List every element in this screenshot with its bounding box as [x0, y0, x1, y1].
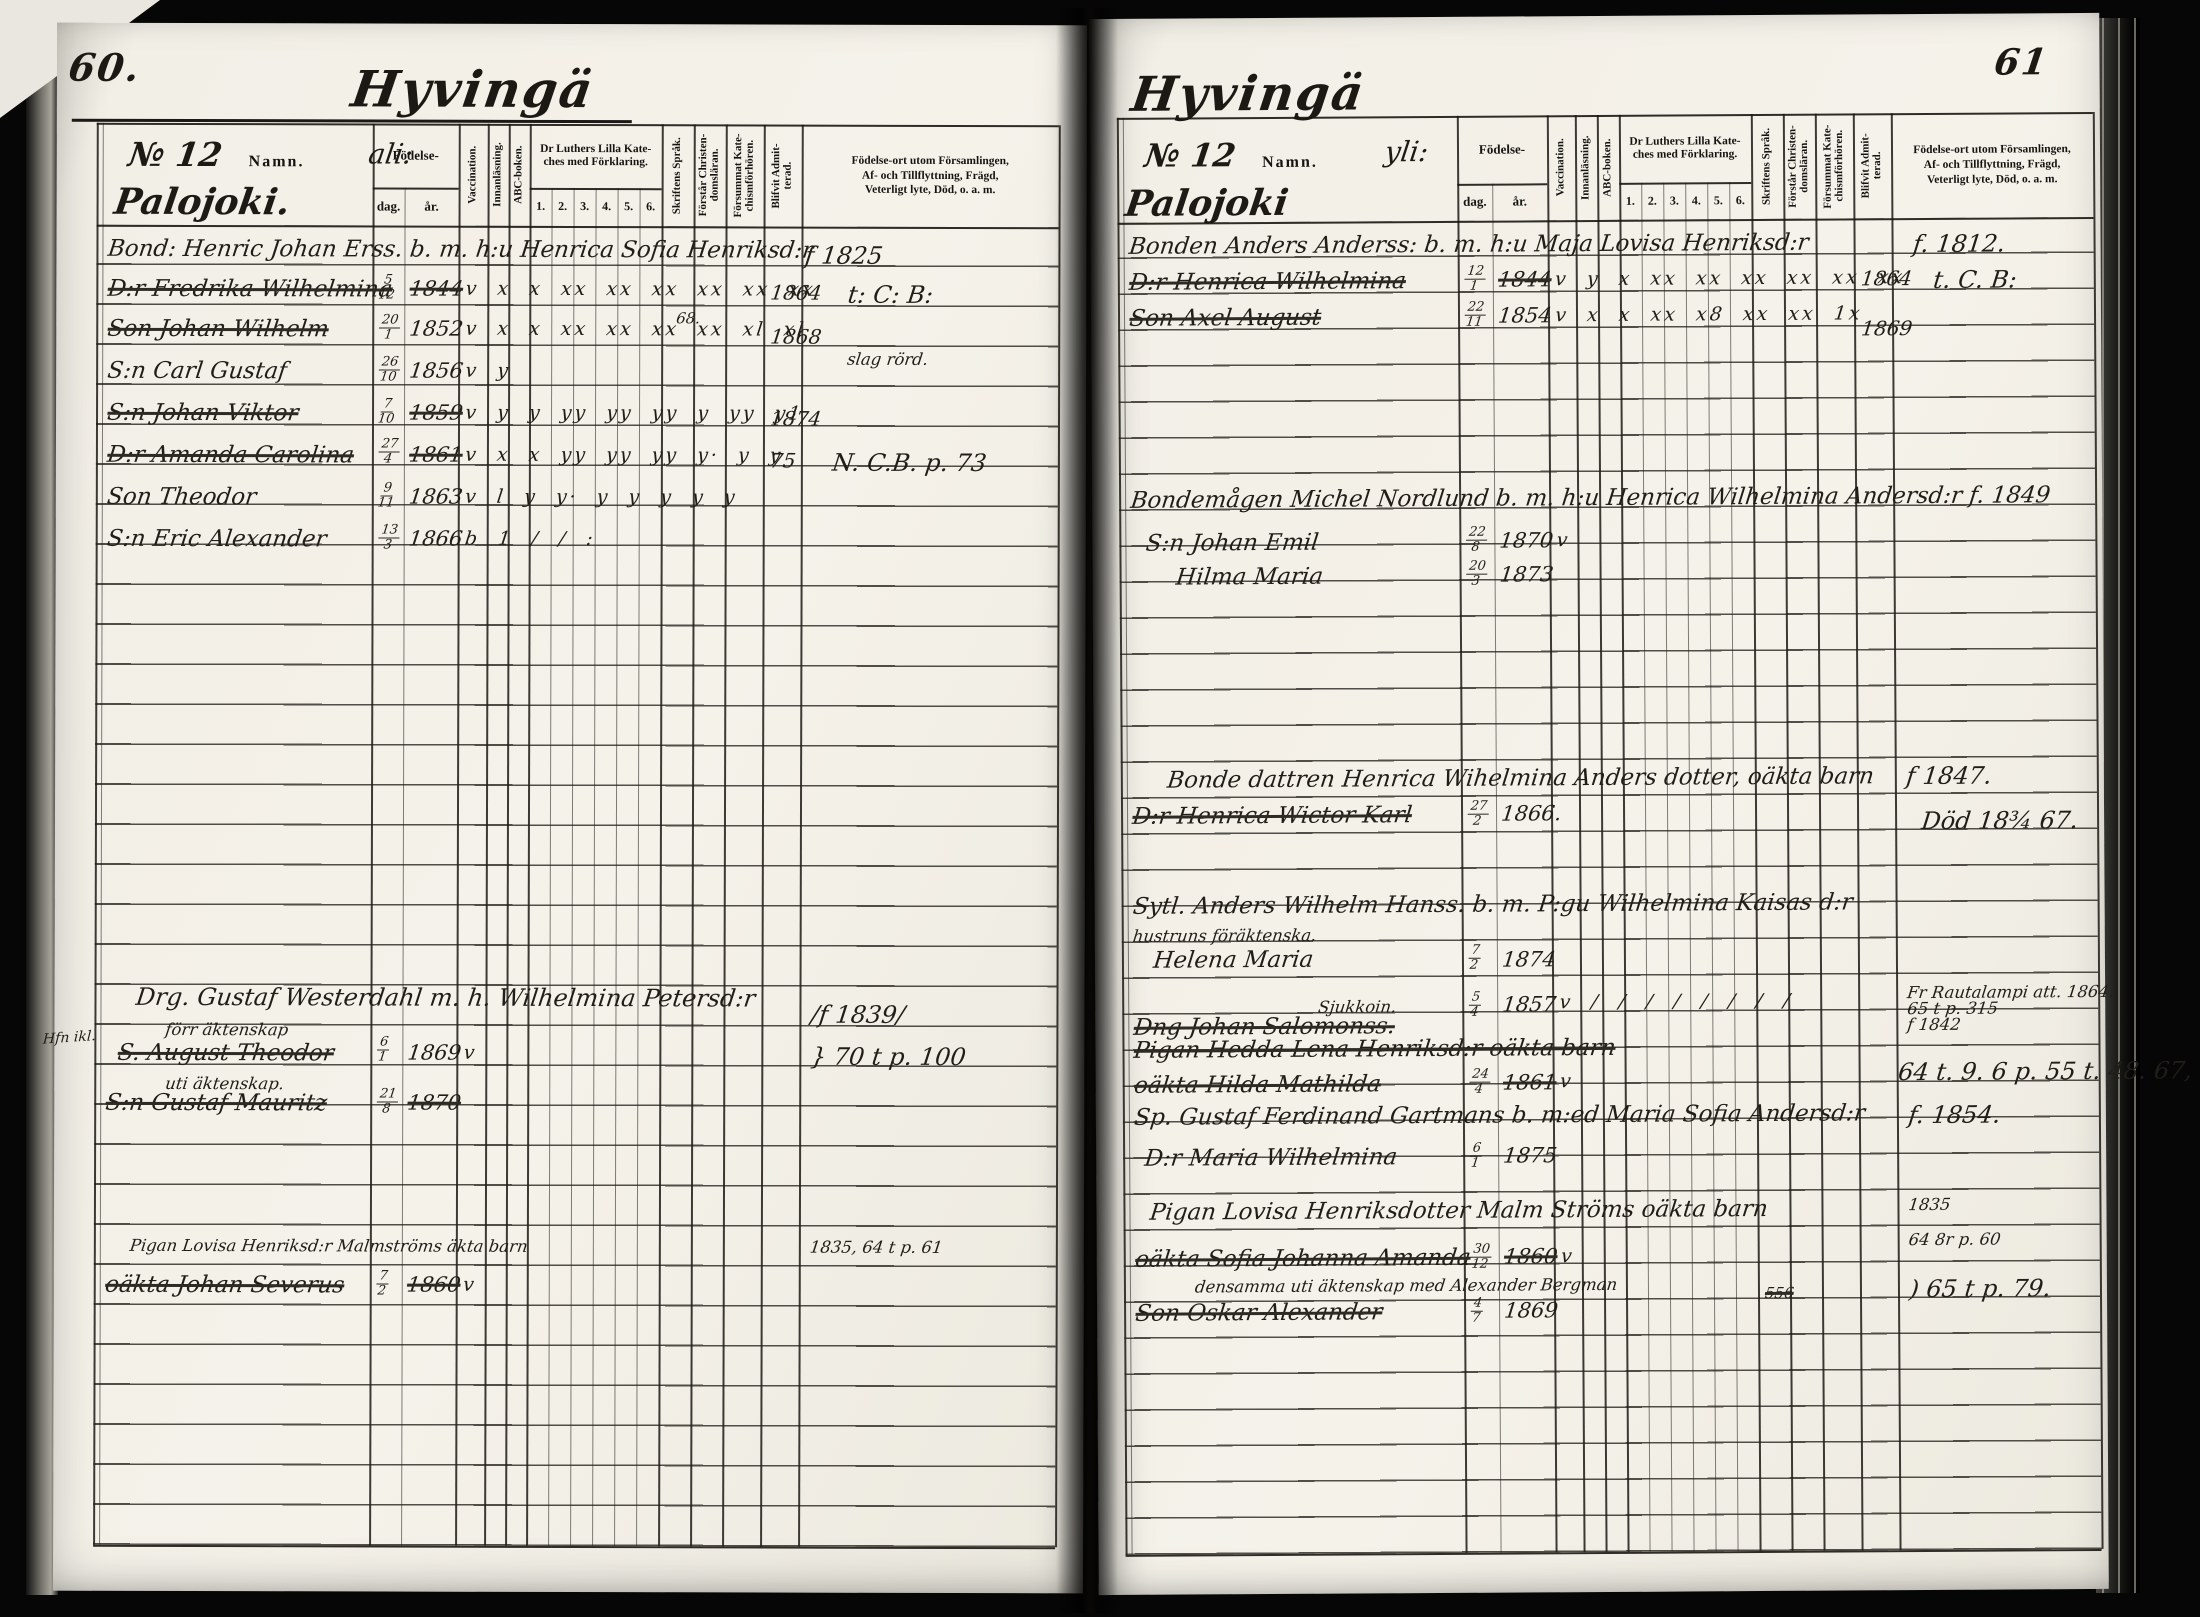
handwritten-entry: Bondemågen Michel Nordlund b. m. h:u Hen…	[1129, 483, 2051, 513]
handwritten-entry: 228	[1464, 526, 1488, 554]
column-header-birth-year: år.	[405, 188, 459, 226]
handwritten-entry: b 1 / / :	[464, 530, 597, 550]
handwritten-entry: f 1825	[803, 243, 884, 268]
handwritten-entry: v x x xx x8 xx xx 1x	[1554, 304, 1864, 326]
column-header-skriftens-sprak: Skriftens Språk.	[1751, 114, 1784, 219]
village-name: Palojoki	[1123, 182, 1291, 225]
column-header-birth-day: dag.	[1457, 184, 1492, 221]
handwritten-entry: 1875	[1502, 1145, 1558, 1167]
book-scan: 60. Hyvingä № 12 Namn. ali: Palojoki. Fö…	[0, 0, 2200, 1617]
handwritten-entry: 1860	[1503, 1245, 1559, 1267]
handwritten-entry: v x x xx xx xx xx xx xx	[464, 280, 817, 301]
column-header-kateches-4: 4.	[1685, 182, 1707, 219]
handwritten-entry: 203	[1465, 560, 1489, 588]
handwritten-entry: 1864	[1860, 268, 1913, 289]
handwritten-entry: 1861	[408, 444, 464, 466]
handwritten-entry: 133	[377, 524, 401, 552]
handwritten-entry: v	[462, 1044, 478, 1064]
handwritten-entry: S:n Gustaf Mauritz	[104, 1091, 328, 1116]
handwritten-entry: 1874	[1501, 948, 1557, 970]
handwritten-entry: 1869	[1503, 1299, 1559, 1321]
handwritten-entry: v / / / / / / / /	[1558, 992, 1794, 1013]
handwritten-entry: 1857	[1501, 993, 1557, 1015]
handwritten-entry: 64 8r p. 60	[1908, 1230, 2002, 1248]
column-header-kateches-6: 6.	[1729, 182, 1751, 219]
page-title: Hyvingä	[1128, 65, 1368, 122]
column-header-kateches-1: 1.	[530, 188, 552, 226]
handwritten-entry: oäkta Sofia Johanna Amanda	[1134, 1246, 1472, 1272]
handwritten-entry: 274	[377, 438, 401, 466]
handwritten-entry: 244	[1468, 1068, 1492, 1096]
column-header-kateches-4: 4.	[596, 188, 618, 226]
handwritten-entry: 1856	[408, 360, 464, 382]
column-header-forsummat-katechismforhoren: Försummat Kate- chismförhören.	[1815, 113, 1854, 218]
handwritten-entry: 1835, 64 t p. 61	[809, 1239, 944, 1257]
column-header-blifvit-admitterad: Blifvit Admit- terad.	[764, 125, 802, 227]
handwritten-entry: 1844	[408, 278, 464, 300]
handwritten-entry: Pigan Lovisa Henriksdotter Malm Ströms o…	[1149, 1197, 1770, 1225]
handwritten-entry: ) 65 t p. 79.	[1908, 1277, 2052, 1303]
column-header-kateches-5: 5.	[1707, 182, 1729, 219]
handwritten-entry: Son Oskar Alexander	[1134, 1301, 1384, 1327]
handwritten-entry: förr äktenskap	[164, 1021, 289, 1039]
handwritten-entry: Son Axel August	[1128, 305, 1322, 330]
handwritten-entry: 911	[377, 482, 397, 510]
page-number: 61	[1992, 41, 2052, 83]
handwritten-entry: 1870	[1498, 529, 1554, 551]
handwritten-entry: 1861	[1502, 1071, 1558, 1093]
namn-label: Namn.	[1262, 154, 1318, 172]
handwritten-entry: Bonden Anders Anderss: b. m. h:u Maja Lo…	[1128, 230, 1810, 258]
column-header-forstar-christendomslaran: Förstår Christen- domsläran.	[694, 124, 726, 226]
handwritten-entry: 1854	[1497, 304, 1553, 326]
handwritten-entry: 201	[377, 314, 401, 342]
column-header-fodelse: Födelse-	[1457, 115, 1547, 184]
column-header-kateches-5: 5.	[618, 188, 640, 226]
handwritten-entry: Hfn ikl.	[42, 1029, 96, 1047]
column-header-kateches: Dr Luthers Lilla Kate- ches med Förklari…	[1619, 114, 1751, 183]
handwritten-entry: Helena Maria	[1152, 948, 1315, 973]
handwritten-entry: v	[462, 1276, 478, 1296]
column-header-kateches-2: 2.	[552, 188, 574, 226]
handwritten-entry: Drg. Gustaf Westerdahl m. h. Wilhelmina …	[134, 985, 756, 1012]
column-header-abc-boken: ABC-boken.	[1597, 115, 1620, 220]
column-header-forstar-christendomslaran: Förstår Christen- domsläran.	[1783, 114, 1816, 219]
handwritten-entry: f. 1854.	[1907, 1102, 2002, 1128]
handwritten-entry: 1869	[1860, 318, 1913, 339]
handwritten-entry: hustruns föräktenska.	[1132, 927, 1318, 945]
handwritten-entry: Bonde dattren Henrica Wihelmina Anders d…	[1166, 765, 1875, 793]
handwritten-entry: 1870	[406, 1092, 462, 1114]
column-header-fodelse: Födelse-	[373, 123, 459, 187]
house-number: № 12	[1142, 136, 1238, 175]
handwritten-entry: S:n Eric Alexander	[106, 527, 328, 552]
handwritten-entry: /f 1839/	[809, 1003, 906, 1028]
handwritten-entry: v y x xx xx xx xx xx xx	[1554, 268, 1906, 290]
handwritten-entry: 2610	[377, 356, 401, 384]
column-header-innanlasning: Innanläsning.	[1575, 115, 1598, 220]
handwritten-entry: Bond: Henric Johan Erss. b. m. h:u Henri…	[106, 237, 814, 263]
column-header-skriftens-sprak: Skriftens Språk.	[662, 124, 694, 226]
handwritten-entry: v	[1559, 1073, 1575, 1093]
handwritten-entry: S:n Johan Viktor	[106, 401, 300, 426]
handwritten-entry: 710	[377, 398, 397, 426]
column-header-forsummat-katechismforhoren: Försummat Kate- chismförhören.	[726, 124, 764, 226]
handwritten-entry: 218	[375, 1088, 399, 1116]
handwritten-entry: 272	[1466, 799, 1490, 827]
handwritten-entry: N. C.B. p. 73	[831, 451, 988, 477]
handwritten-entry: D:r Amanda Carolina	[106, 443, 356, 468]
handwritten-entry: Sp. Gustaf Ferdinand Gartmans b. m:ed Ma…	[1133, 1101, 1866, 1130]
handwritten-entry: Pigan Hedda Lena Henriksd:r oäkta barn	[1133, 1036, 1617, 1063]
handwritten-entry: D:r Henrica Wictor Karl	[1131, 804, 1413, 830]
page-right: 61 Hyvingä № 12 Namn. yli: Palojoki Föde…	[1089, 13, 2109, 1595]
handwritten-entry: Son Johan Wilhelm	[106, 317, 330, 342]
handwritten-entry: 1866.	[1500, 803, 1563, 825]
handwritten-entry: slag rörd.	[846, 351, 929, 369]
handwritten-entry: 2211	[1463, 301, 1487, 329]
column-header-kateches-3: 3.	[574, 188, 596, 226]
handwritten-entry: t. C. B:	[1932, 267, 2018, 293]
page-left: 60. Hyvingä № 12 Namn. ali: Palojoki. Fö…	[53, 23, 1087, 1594]
column-header-kateches-1: 1.	[1619, 183, 1641, 220]
column-header-kateches-2: 2.	[1641, 183, 1663, 220]
name-suffix: yli:	[1383, 135, 1431, 168]
handwritten-entry: t: C: B:	[846, 283, 934, 308]
handwritten-entry: 556	[1764, 1285, 1794, 1301]
handwritten-entry: 1860	[406, 1274, 462, 1296]
handwritten-entry: S:n Johan Emil	[1144, 530, 1319, 555]
handwritten-entry: } 70 t p. 100	[809, 1045, 967, 1071]
handwritten-entry: D:r Fredrika Wilhelmina	[106, 277, 394, 302]
handwritten-entry: D:r Maria Wilhelmina	[1143, 1146, 1398, 1172]
handwritten-entry: oäkta Hilda Mathilda	[1133, 1072, 1383, 1098]
handwritten-entry: densamma uti äktenskap med Alexander Ber…	[1194, 1276, 1618, 1296]
column-header-abc-boken: ABC-boken.	[509, 124, 530, 226]
column-header-vaccination: Vaccination.	[459, 124, 488, 226]
handwritten-entry: S:n Carl Gustaf	[106, 359, 288, 384]
column-header-kateches: Dr Luthers Lilla Kate- ches med Förklari…	[530, 124, 662, 188]
column-header-birth-year: år.	[1492, 183, 1547, 220]
column-header-kateches-3: 3.	[1663, 182, 1685, 219]
handwritten-entry: 64 t. 9. 6 p. 55 t. 48. 67,	[1897, 1058, 2194, 1085]
handwritten-entry: 1835	[1908, 1196, 1952, 1214]
handwritten-entry: 1864	[769, 283, 823, 304]
column-header-blifvit-admitterad: Blifvit Admit- terad.	[1853, 113, 1892, 218]
handwritten-entry: D:r Henrica Wilhelmina	[1128, 269, 1407, 295]
handwritten-entry: 1869	[406, 1042, 462, 1064]
village-name: Palojoki.	[112, 181, 293, 223]
handwritten-entry: 1844	[1497, 268, 1553, 290]
column-header-notes: Födelse-ort utom Församlingen, Af- och T…	[802, 125, 1059, 228]
handwritten-entry: v y	[464, 362, 512, 382]
handwritten-entry: 1873	[1499, 563, 1555, 585]
handwritten-entry: 3012	[1469, 1242, 1493, 1270]
handwritten-entry: 1852	[408, 318, 464, 340]
column-header-vaccination: Vaccination.	[1547, 115, 1576, 220]
handwritten-entry: v y y yy yy yy y yy y1	[464, 404, 804, 425]
handwritten-entry: v l y y· y y y y y	[464, 488, 739, 509]
handwritten-entry: 75	[769, 451, 797, 472]
handwritten-entry: 1868	[769, 327, 823, 348]
column-header-innanlasning: Innanläsning.	[488, 124, 509, 226]
handwritten-entry: 1874	[769, 409, 823, 430]
handwritten-entry: Pigan Lovisa Henriksd:r Malmströms äkta …	[129, 1237, 529, 1255]
handwritten-entry: f. 1812.	[1912, 231, 2007, 257]
handwritten-entry: 121	[1463, 265, 1487, 293]
column-header-kateches-6: 6.	[640, 188, 662, 226]
house-number: № 12	[126, 135, 225, 174]
handwritten-entry: Son Theodor	[106, 485, 258, 510]
handwritten-entry: v x x xx xx xx xx xl xl	[464, 320, 807, 341]
handwritten-entry: Död 18¾ 67.	[1920, 808, 2079, 834]
handwritten-entry: v	[1555, 531, 1571, 551]
handwritten-entry: 1863	[408, 486, 464, 508]
namn-label: Namn.	[249, 153, 305, 171]
handwritten-entry: oäkta Johan Severus	[104, 1273, 346, 1298]
handwritten-entry: Hilma Maria	[1175, 565, 1325, 590]
column-header-notes: Födelse-ort utom Församlingen, Af- och T…	[1891, 112, 2094, 218]
handwritten-entry: Sytl. Anders Wilhelm Hanss. b. m. P:gu W…	[1132, 891, 1854, 920]
handwritten-entry: v	[1560, 1247, 1576, 1267]
column-header-birth-day: dag.	[373, 187, 405, 225]
handwritten-entry: f 1847.	[1905, 764, 1993, 790]
handwritten-entry: 512	[377, 274, 397, 302]
page-title: Hyvingä	[348, 59, 599, 119]
page-number: 60.	[66, 45, 145, 90]
handwritten-entry: 1859	[408, 402, 464, 424]
handwritten-entry: v x x yy yy yy y· y y	[464, 446, 785, 467]
handwritten-entry: 1866	[408, 528, 464, 550]
handwritten-entry: f 1842	[1906, 1016, 1961, 1034]
handwritten-entry: S. August Theodor	[116, 1041, 335, 1066]
ruled-rows	[1117, 217, 2101, 1555]
